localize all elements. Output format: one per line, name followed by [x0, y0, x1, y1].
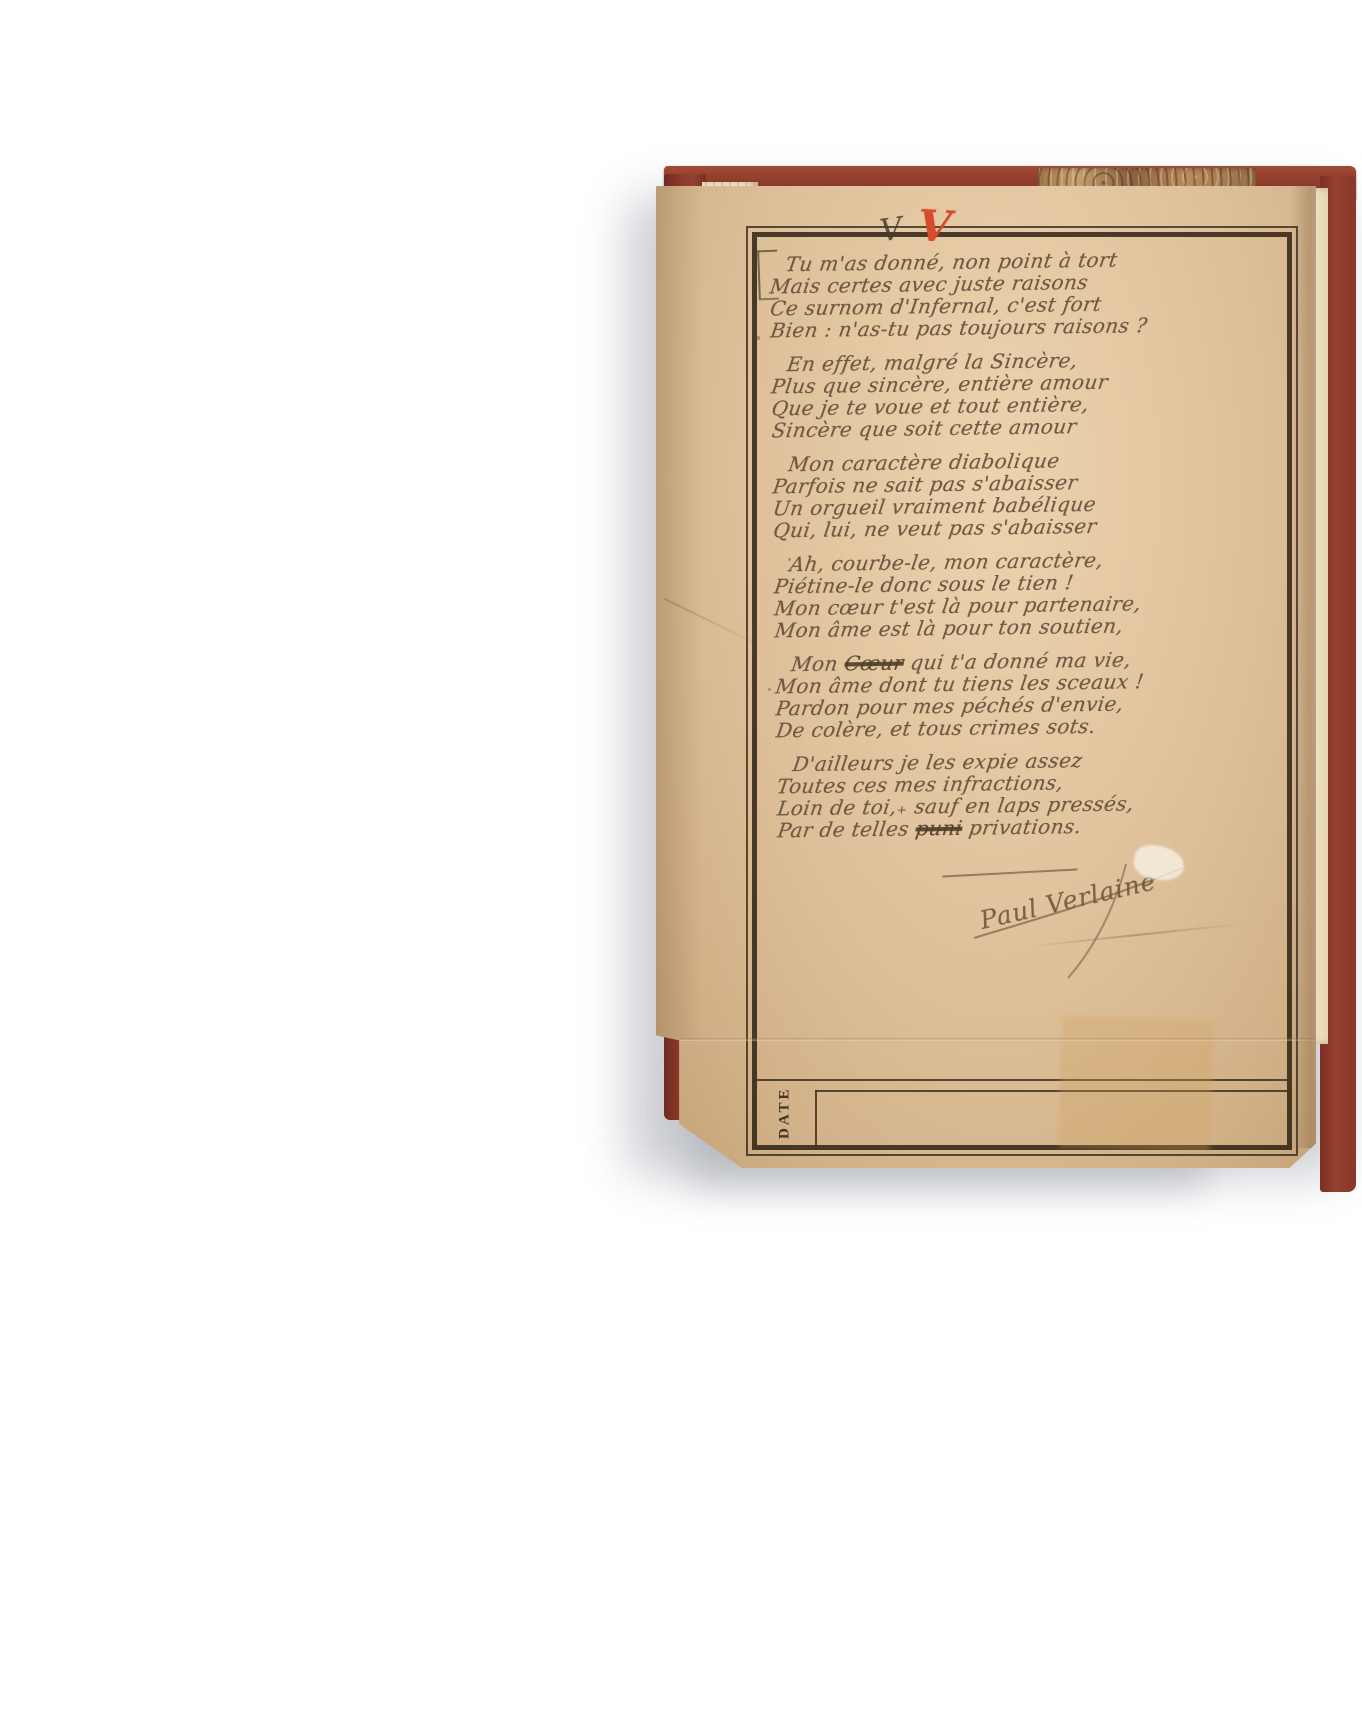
- handwritten-poem: Tu m'as donné, non point à tortMais cert…: [768, 247, 1256, 854]
- poem-stanza: Mon caractère diaboliqueParfois ne sait …: [771, 447, 1252, 542]
- poem-stanza: Mon Cœur qui t'a donné ma vie,Mon âme do…: [773, 647, 1254, 742]
- poem-line: Mon âme est là pour ton soutien,: [773, 613, 1256, 642]
- red-crayon-numbering-mark: V: [917, 201, 953, 253]
- poem-stanza: Ah, courbe-le, mon caractère,Piétine-le …: [772, 547, 1253, 642]
- album-foldout-leaf: DATE V V Tu m'as donné, non point à tort…: [656, 186, 1316, 1168]
- tape-discoloration-stain: [1058, 1015, 1215, 1152]
- poem-line: Qui, lui, ne veut pas s'abaisser: [772, 513, 1255, 542]
- date-label: DATE: [763, 1085, 807, 1141]
- foxing-spot: [756, 336, 760, 340]
- foxing-spot: [788, 558, 791, 561]
- photograph-of-open-album: DATE V V Tu m'as donné, non point à tort…: [0, 0, 1362, 1733]
- date-writing-line: [815, 1090, 1287, 1092]
- date-divider-rule: [815, 1090, 817, 1145]
- poem-line: De colère, et tous crimes sots.: [775, 713, 1258, 742]
- poem-stanza: Tu m'as donné, non point à tortMais cert…: [768, 247, 1249, 342]
- foxing-spot: [768, 688, 771, 691]
- pencil-numbering-mark: V: [878, 211, 905, 250]
- poem-line: Sincère que soit cette amour: [770, 413, 1253, 442]
- fold-crease: [680, 1038, 1316, 1041]
- poem-stanza: En effet, malgré la Sincère,Plus que sin…: [769, 347, 1250, 442]
- poem-line: Bien : n'as-tu pas toujours raisons ?: [769, 313, 1252, 342]
